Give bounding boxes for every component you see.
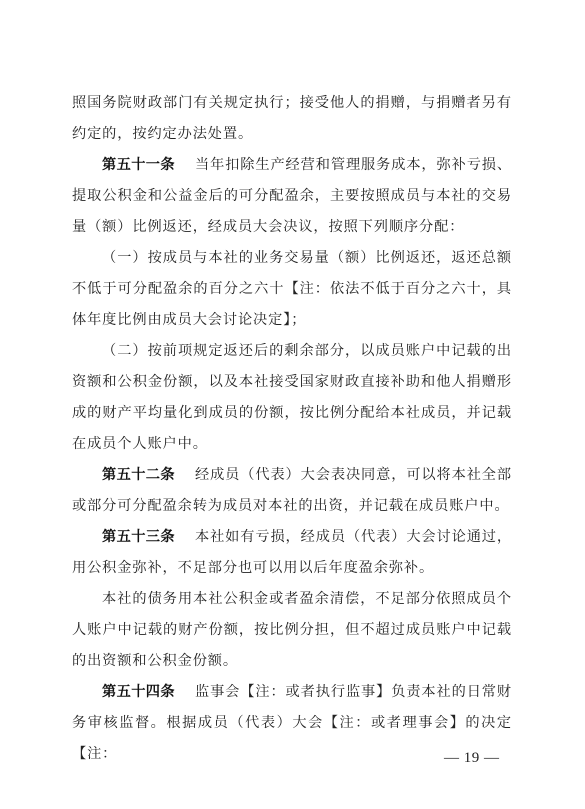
article-53-debt-clause: 本社的债务用本社公积金或者盈余清偿，不足部分依照成员个人账户中记载的财产份额，按… [72,584,512,677]
article-53: 第五十三条本社如有亏损，经成员（代表）大会讨论通过，用公积金弥补，不足部分也可以… [72,522,512,584]
article-51-item-1: （一）按成员与本社的业务交易量（额）比例返还，返还总额不低于可分配盈余的百分之六… [72,243,512,336]
page-number: — 19 — [444,750,500,767]
article-52: 第五十二条经成员（代表）大会表决同意，可以将本社全部或部分可分配盈余转为成员对本… [72,460,512,522]
article-51: 第五十一条当年扣除生产经营和管理服务成本，弥补亏损、提取公积金和公益金后的可分配… [72,150,512,243]
paragraph-continuation: 照国务院财政部门有关规定执行；接受他人的捐赠，与捐赠者另有约定的，按约定办法处置… [72,88,512,150]
article-heading: 第五十一条 [102,157,175,173]
document-page: 照国务院财政部门有关规定执行；接受他人的捐赠，与捐赠者另有约定的，按约定办法处置… [72,88,512,770]
article-heading: 第五十四条 [102,684,175,700]
paragraph-text: 本社的债务用本社公积金或者盈余清偿，不足部分依照成员个人账户中记载的财产份额，按… [72,591,512,669]
paragraph-text: （一）按成员与本社的业务交易量（额）比例返还，返还总额不低于可分配盈余的百分之六… [72,250,512,328]
paragraph-text: （二）按前项规定返还后的剩余部分，以成员账户中记载的出资额和公积金份额，以及本社… [72,343,512,452]
article-heading: 第五十三条 [102,529,175,545]
paragraph-text: 照国务院财政部门有关规定执行；接受他人的捐赠，与捐赠者另有约定的，按约定办法处置… [72,95,512,142]
article-51-item-2: （二）按前项规定返还后的剩余部分，以成员账户中记载的出资额和公积金份额，以及本社… [72,336,512,460]
article-heading: 第五十二条 [102,467,175,483]
